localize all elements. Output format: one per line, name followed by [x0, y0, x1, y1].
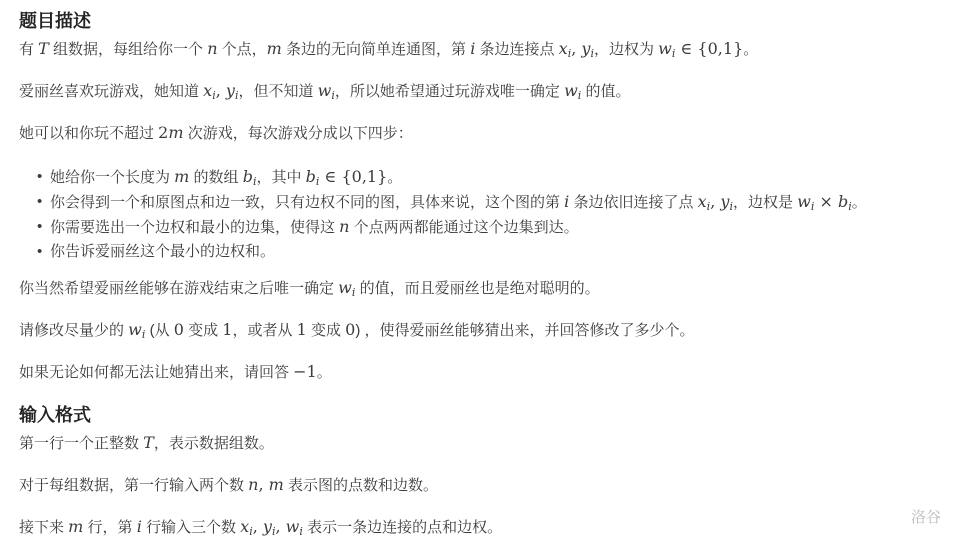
game-step-item-2: 你会得到一个和原图点和边一致，只有边权不同的图，具体来说，这个图的第 i 条边依…	[50, 190, 937, 215]
math-expression: T	[38, 39, 49, 58]
description-paragraph-6: 如果无论如何都无法让她猜出来，请回答 −1。	[19, 362, 937, 383]
math-expression: wi	[128, 320, 145, 339]
section-heading-input-format: 输入格式	[19, 404, 937, 426]
math-expression: 1	[297, 320, 307, 339]
math-expression: T	[143, 433, 154, 452]
description-paragraph-3: 她可以和你玩不超过 2m 次游戏，每次游戏分成以下四步：	[19, 123, 937, 144]
math-expression: wi	[338, 278, 355, 297]
math-expression: wi	[318, 81, 335, 100]
math-expression: i	[564, 192, 569, 211]
description-paragraph-1: 有 T 组数据，每组给你一个 n 个点，m 条边的无向简单连通图，第 i 条边连…	[19, 39, 937, 60]
game-steps-list: 她给你一个长度为 m 的数组 bi，其中 bi ∈ {0,1}。 你会得到一个和…	[19, 165, 937, 264]
math-expression: wi × bi	[797, 192, 852, 211]
math-expression: 1	[222, 320, 232, 339]
math-expression: n	[207, 39, 217, 58]
math-expression: bi	[243, 167, 257, 186]
math-expression: i	[470, 39, 475, 58]
math-expression: xi, yi	[559, 39, 594, 58]
math-expression: m	[267, 39, 282, 58]
math-expression: m	[68, 517, 83, 536]
math-expression: −1	[293, 362, 317, 381]
problem-statement: 题目描述 有 T 组数据，每组给你一个 n 个点，m 条边的无向简单连通图，第 …	[0, 0, 957, 538]
luogu-watermark: 洛谷	[911, 506, 941, 527]
game-step-item-1: 她给你一个长度为 m 的数组 bi，其中 bi ∈ {0,1}。	[50, 165, 937, 190]
math-expression: n, m	[248, 475, 284, 494]
math-expression: m	[174, 167, 189, 186]
section-heading-description: 题目描述	[19, 10, 937, 32]
input-format-paragraph-3: 接下来 m 行，第 i 行输入三个数 xi, yi, wi 表示一条边连接的点和…	[19, 517, 937, 538]
game-step-item-3: 你需要选出一个边权和最小的边集，使得这 n 个点两两都能通过这个边集到达。	[50, 215, 937, 240]
math-expression: 2m	[158, 123, 183, 142]
math-expression: 0	[345, 320, 355, 339]
input-format-paragraph-2: 对于每组数据，第一行输入两个数 n, m 表示图的点数和边数。	[19, 475, 937, 496]
game-step-item-4: 你告诉爱丽丝这个最小的边权和。	[50, 240, 937, 264]
math-expression: xi, yi, wi	[240, 517, 303, 536]
math-expression: 0	[174, 320, 184, 339]
description-paragraph-5: 请修改尽量少的 wi (从 0 变成 1，或者从 1 变成 0) ，使得爱丽丝能…	[19, 320, 937, 341]
description-paragraph-2: 爱丽丝喜欢玩游戏，她知道 xi, yi，但不知道 wi，所以她希望通过玩游戏唯一…	[19, 81, 937, 102]
math-expression: wi	[564, 81, 581, 100]
description-paragraph-4: 你当然希望爱丽丝能够在游戏结束之后唯一确定 wi 的值，而且爱丽丝也是绝对聪明的…	[19, 278, 937, 299]
problem-page: 题目描述 有 T 组数据，每组给你一个 n 个点，m 条边的无向简单连通图，第 …	[0, 0, 957, 538]
math-expression: xi, yi	[698, 192, 733, 211]
math-expression: xi, yi	[203, 81, 238, 100]
math-expression: n	[339, 217, 349, 236]
math-expression: wi ∈ {0,1}	[658, 39, 743, 58]
input-format-paragraph-1: 第一行一个正整数 T，表示数据组数。	[19, 433, 937, 454]
math-expression: i	[137, 517, 142, 536]
math-expression: bi ∈ {0,1}	[306, 167, 388, 186]
